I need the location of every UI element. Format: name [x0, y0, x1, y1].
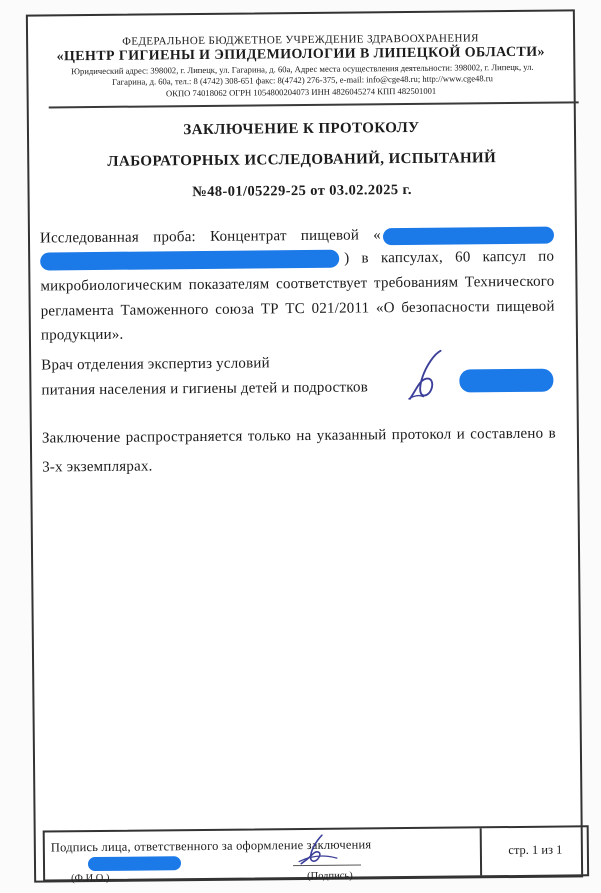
conclusion-line2: 3-х экземплярах. — [42, 453, 556, 478]
scanned-document-page: ФЕДЕРАЛЬНОЕ БЮДЖЕТНОЕ УЧРЕЖДЕНИЕ ЗДРАВОО… — [26, 9, 583, 882]
fio-caption: (Ф.И.О.) — [71, 873, 109, 884]
conclusion-line1: Заключение распространяется только на ук… — [42, 424, 556, 449]
redaction-pill-sample-name-1 — [383, 226, 554, 245]
footer-table: Подпись лица, ответственного за оформлен… — [43, 825, 589, 881]
doctor-signature-scribble-icon — [403, 347, 452, 403]
header-divider — [49, 101, 579, 108]
body-line-sample-intro-text: Исследованная проба: Концентрат пищевой … — [40, 225, 381, 248]
page-counter: стр. 1 из 1 — [480, 842, 591, 858]
body-line-sample-intro: Исследованная проба: Концентрат пищевой … — [40, 224, 554, 249]
body-line-capsules-text: ) в капсулах, 60 капсул по — [344, 247, 554, 269]
redaction-pill-doctor-name — [459, 369, 553, 393]
footer-signature-scribble-icon — [297, 833, 339, 867]
doc-number-date: №48-01/05229-25 от 03.02.2025 г. — [29, 180, 574, 202]
body-line-sample-continued: ) в капсулах, 60 капсул по — [40, 247, 554, 272]
body-line-production: продукции». — [41, 321, 555, 346]
body-line-regulation: регламента Таможенного союза ТР ТС 021/2… — [41, 297, 555, 322]
body-line-microbiology: микробиологическим показателям соответст… — [40, 272, 554, 297]
signature-caption: (Подпись) — [307, 871, 353, 882]
doc-title-line2: ЛАБОРАТОРНЫХ ИССЛЕДОВАНИЙ, ИСПЫТАНИЙ — [29, 149, 574, 171]
doc-title-line1: ЗАКЛЮЧЕНИЕ К ПРОТОКОЛУ — [29, 118, 574, 140]
redaction-pill-sample-name-2 — [40, 250, 339, 271]
redaction-pill-fio — [88, 856, 181, 871]
